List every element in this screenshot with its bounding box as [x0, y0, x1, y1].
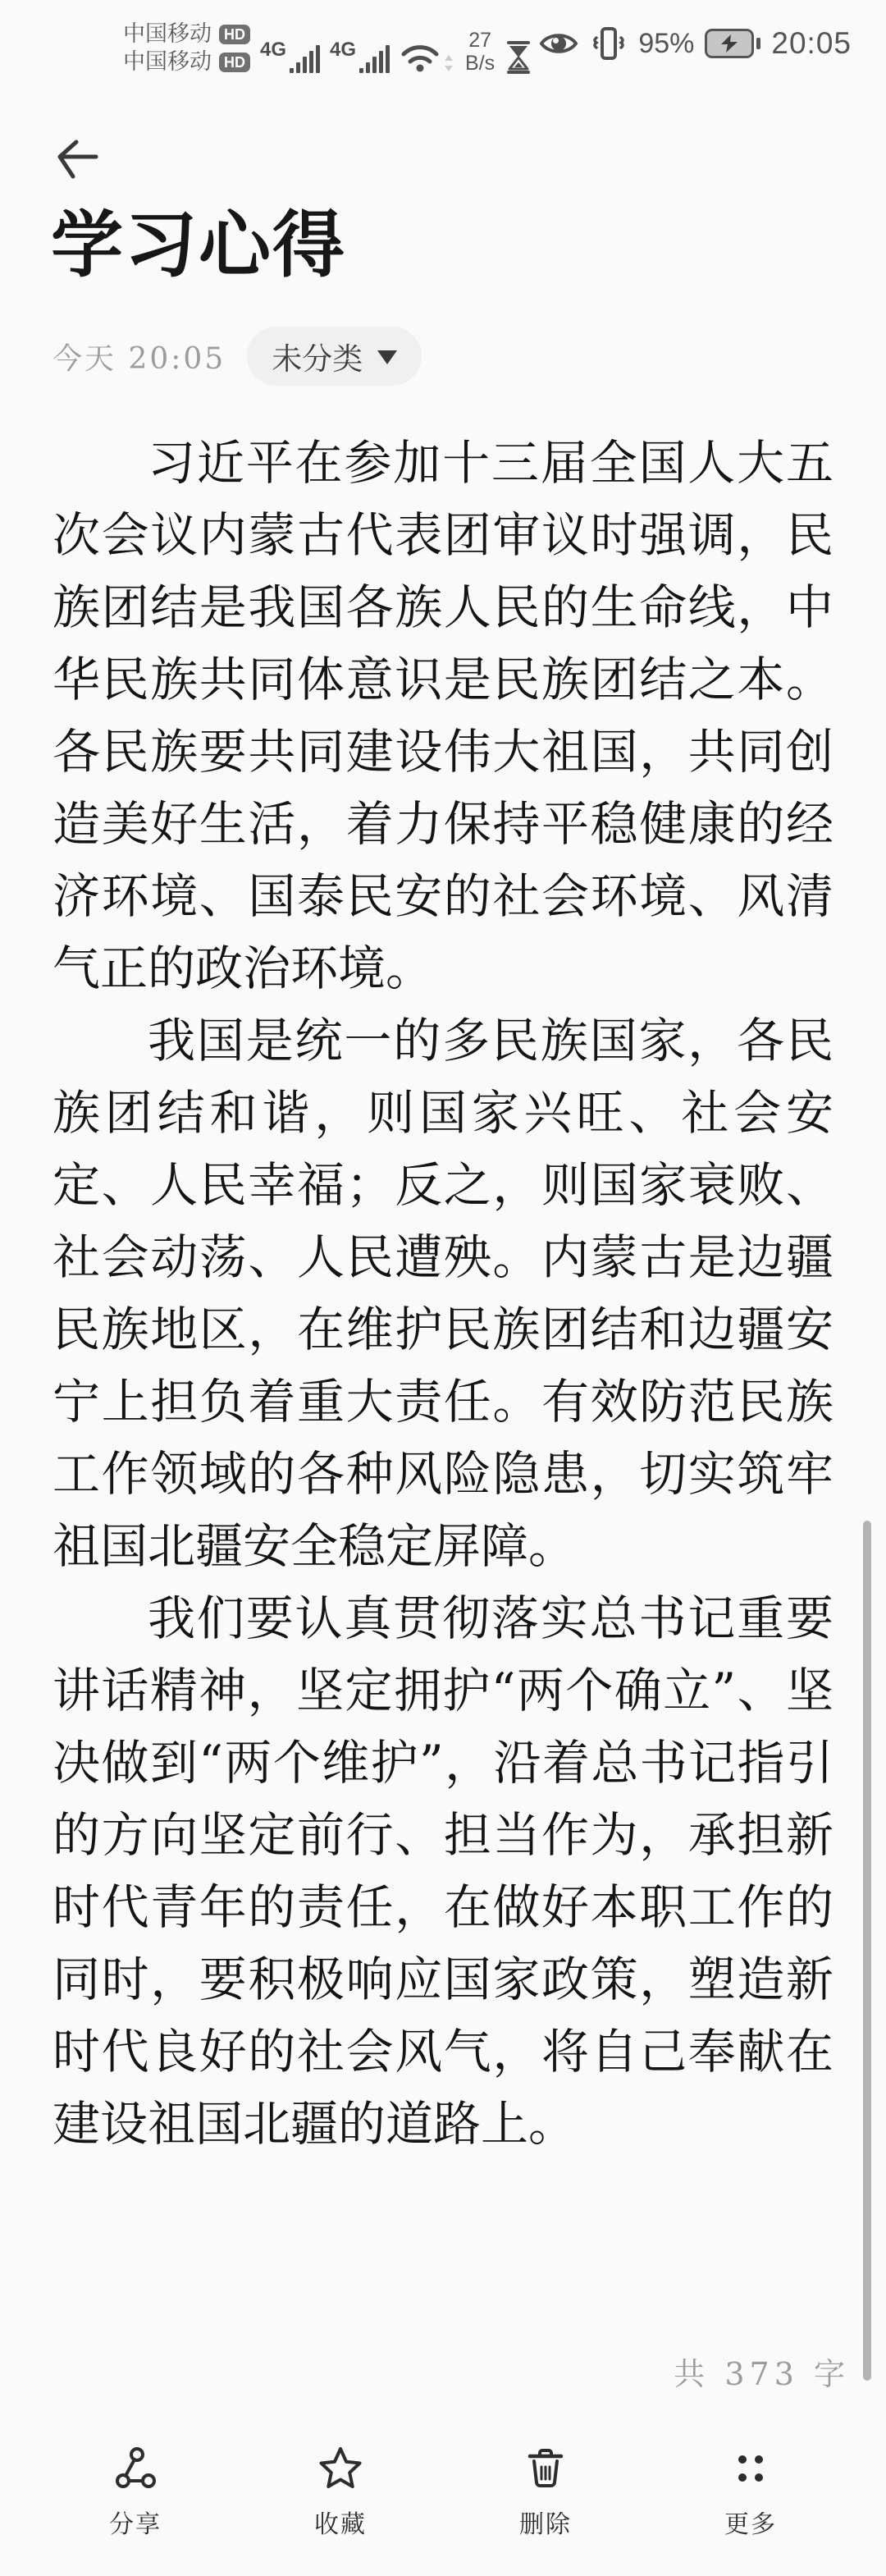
trash-icon [526, 2446, 565, 2489]
network-speed-value: 27 [468, 29, 491, 52]
note-paragraph: 习近平在参加十三届全国人大五次会议内蒙古代表团审议时强调，民族团结是我国各族人民… [53, 427, 833, 1004]
wifi-icon [400, 40, 441, 73]
back-button[interactable] [46, 130, 105, 189]
back-arrow-icon [48, 132, 103, 186]
bottom-toolbar: 分享 收藏 删除 更多 [0, 2423, 886, 2576]
network-type-badge: 4G [330, 40, 356, 60]
note-title[interactable]: 学习心得 [51, 202, 346, 289]
share-label: 分享 [109, 2504, 162, 2540]
more-button[interactable]: 更多 [648, 2423, 853, 2576]
signal-bars-icon [290, 45, 320, 73]
note-meta-row: 今天 20:05 未分类 [53, 327, 422, 386]
carrier-name-sim2: 中国移动 [123, 49, 212, 75]
volte-hd-icon: HD [219, 53, 250, 72]
network-type-badge: 4G [260, 40, 286, 60]
status-clock: 20:05 [771, 26, 852, 61]
share-button[interactable]: 分享 [33, 2423, 238, 2576]
status-bar-right: 95% 20:05 [538, 25, 852, 62]
notes-app-screen: 中国移动 HD 中国移动 HD 4G 4G [0, 0, 886, 2576]
scrollbar-thumb[interactable] [863, 1521, 871, 2381]
share-icon [115, 2446, 156, 2489]
hourglass-icon [505, 40, 532, 75]
word-count: 共 373 字 [674, 2349, 850, 2394]
more-icon [731, 2446, 770, 2489]
signal-sim1: 4G [260, 40, 320, 73]
status-bar-left: 中国移动 HD 中国移动 HD 4G 4G [123, 21, 532, 75]
battery-charging-icon [705, 29, 760, 58]
dropdown-arrow-icon [377, 350, 397, 364]
delete-button[interactable]: 删除 [443, 2423, 648, 2576]
delete-label: 删除 [519, 2504, 572, 2540]
carrier-block: 中国移动 HD 中国移动 HD [123, 21, 250, 75]
star-icon [318, 2446, 363, 2489]
battery-percentage: 95% [638, 28, 694, 60]
status-bar: 中国移动 HD 中国移动 HD 4G 4G [0, 0, 886, 79]
signal-bars-icon [359, 45, 390, 73]
eye-comfort-icon [538, 29, 579, 58]
more-label: 更多 [724, 2504, 777, 2540]
category-selector[interactable]: 未分类 [247, 327, 422, 386]
signal-sim2: 4G [330, 40, 390, 73]
carrier-name-sim1: 中国移动 [123, 21, 212, 47]
vibrate-icon [590, 25, 628, 62]
note-paragraph: 我国是统一的多民族国家，各民族团结和谐，则国家兴旺、社会安定、人民幸福；反之，则… [53, 1004, 833, 1582]
volte-hd-icon: HD [219, 25, 250, 44]
wifi-traffic-arrows-icon [442, 53, 455, 73]
note-body[interactable]: 习近平在参加十三届全国人大五次会议内蒙古代表团审议时强调，民族团结是我国各族人民… [53, 427, 833, 2160]
network-speed-unit: B/s [465, 52, 495, 75]
network-speed: 27 B/s [465, 29, 495, 75]
category-label: 未分类 [272, 334, 363, 378]
note-paragraph: 我们要认真贯彻落实总书记重要讲话精神，坚定拥护“两个确立”、坚决做到“两个维护”… [53, 1582, 833, 2160]
favorite-button[interactable]: 收藏 [238, 2423, 443, 2576]
note-date: 今天 20:05 [53, 336, 226, 377]
favorite-label: 收藏 [314, 2504, 367, 2540]
